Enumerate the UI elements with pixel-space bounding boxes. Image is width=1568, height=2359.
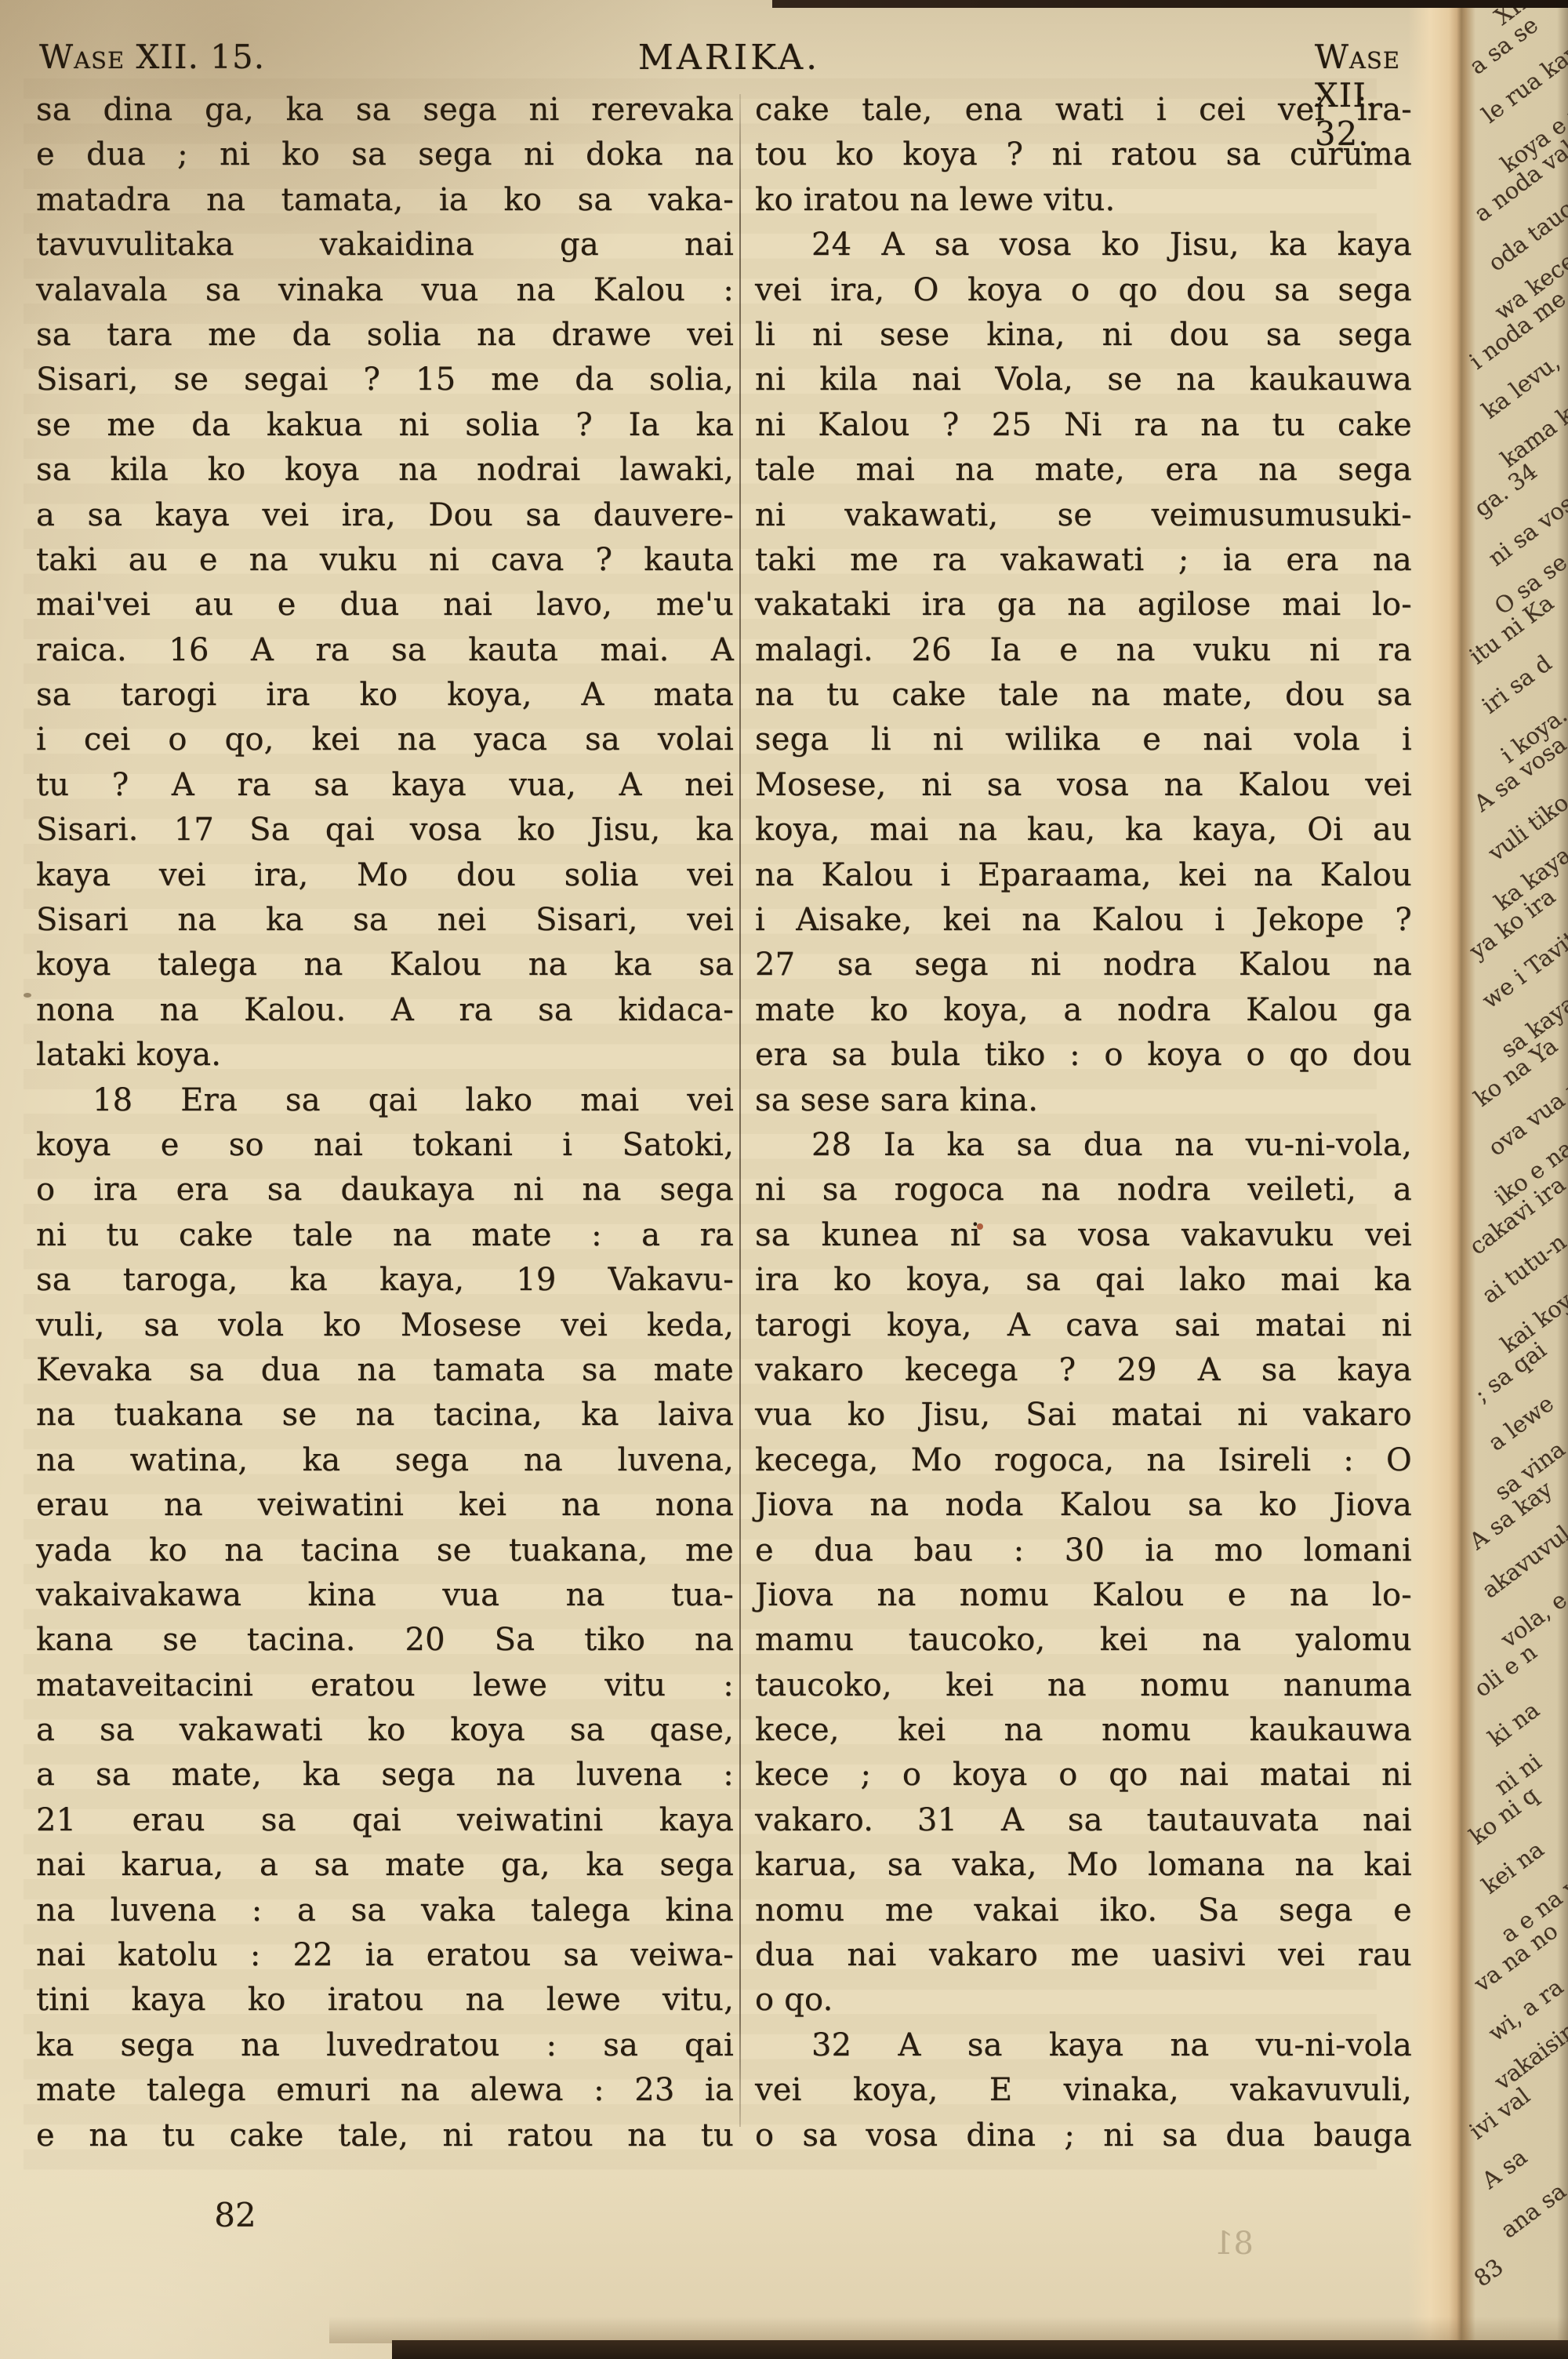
- text-line: nai karua, a sa mate ga, ka sega: [36, 1843, 734, 1888]
- text-line: yada ko na tacina se tuakana, me: [36, 1528, 734, 1573]
- text-line: valavala sa vinaka vua na Kalou :: [36, 268, 734, 313]
- text-line: ni sa rogoca na nodra veileti, a: [755, 1168, 1412, 1212]
- text-line: karua, sa vaka, Mo lomana na kai: [755, 1843, 1412, 1888]
- text-line: ni Kalou ? 25 Ni ra na tu cake: [755, 403, 1412, 448]
- text-line: a sa mate, ka sega na luvena :: [36, 1753, 734, 1797]
- text-line: sa tarogi ira ko koya, A mata: [36, 673, 734, 718]
- text-line: nai katolu : 22 ia eratou sa veiwa-: [36, 1933, 734, 1978]
- text-line: taki au e na vuku ni cava ? kauta: [36, 538, 734, 583]
- text-line: mamu taucoko, kei na yalomu: [755, 1618, 1412, 1663]
- text-line: ko iratou na lewe vitu.: [755, 178, 1412, 223]
- text-line: ni vakawati, se veimusumusuki-: [755, 493, 1412, 538]
- text-line: sa kunea ni sa vosa vakavuku vei: [755, 1213, 1412, 1258]
- text-line: sa tara me da solia na drawe vei: [36, 313, 734, 358]
- text-line: mataveitacini eratou lewe vitu :: [36, 1663, 734, 1708]
- text-line: sa taroga, ka kaya, 19 Vakavu-: [36, 1258, 734, 1303]
- text-line: tarogi koya, A cava sai matai ni: [755, 1303, 1412, 1348]
- show-through-page-number: 81: [1214, 2226, 1254, 2262]
- text-line: raica. 16 A ra sa kauta mai. A: [36, 628, 734, 673]
- text-line: sega li ni wilika e nai vola i: [755, 718, 1412, 762]
- text-line: cake tale, ena wati i cei vei ira-: [755, 88, 1412, 133]
- page-number: 82: [214, 2196, 256, 2234]
- paper-speck: [977, 1223, 983, 1230]
- fore-edge-text-fragment: ga. 34: [1469, 458, 1542, 522]
- text-line: a sa vakawati ko koya sa qase,: [36, 1708, 734, 1753]
- text-line: e na tu cake tale, ni ratou na tu: [36, 2114, 734, 2158]
- text-line: na luvena : a sa vaka talega kina: [36, 1888, 734, 1933]
- text-line: vei ira, O koya o qo dou sa sega: [755, 268, 1412, 313]
- fore-edge: XII. 33.a sa sele rua kayakoya e na loa …: [1408, 0, 1568, 2359]
- text-line: mate talega emuri na alewa : 23 ia: [36, 2068, 734, 2113]
- text-line: kece ; o koya o qo nai matai ni: [755, 1753, 1412, 1797]
- text-line: na Kalou i Eparaama, kei na Kalou: [755, 853, 1412, 898]
- fore-edge-text-fragment: A sa: [1477, 2143, 1532, 2194]
- running-head-title: MARIKA.: [638, 38, 820, 78]
- text-line: tou ko koya ? ni ratou sa curuma: [755, 133, 1412, 177]
- text-line: sa dina ga, ka sa sega ni rerevaka: [36, 88, 734, 133]
- text-line: ka sega na luvedratou : sa qai: [36, 2023, 734, 2068]
- text-line: Sisari na ka sa nei Sisari, vei: [36, 898, 734, 943]
- text-line: i cei o qo, kei na yaca sa volai: [36, 718, 734, 762]
- book-photo: Wase XII. 15. MARIKA. Wase XII. 32. sa d…: [0, 0, 1568, 2359]
- photo-bottom-edge: [392, 2340, 1568, 2359]
- text-line: na watina, ka sega na luvena,: [36, 1438, 734, 1483]
- text-line: tu ? A ra sa kaya vua, A nei: [36, 763, 734, 808]
- text-line: vuli, sa vola ko Mosese vei keda,: [36, 1303, 734, 1348]
- text-line: vakataki ira ga na agilose mai lo-: [755, 583, 1412, 627]
- text-line: a sa kaya vei ira, Dou sa dauvere-: [36, 493, 734, 538]
- text-line: kecega, Mo rogoca, na Isireli : O: [755, 1438, 1412, 1483]
- left-column: sa dina ga, ka sa sega ni rerevakae dua …: [36, 88, 734, 2158]
- adjacent-page-edge: XII. 33.a sa sele rua kayakoya e na loa …: [1465, 0, 1568, 2359]
- text-line: Jiova na noda Kalou sa ko Jiova: [755, 1483, 1412, 1528]
- text-line: vakaro kecega ? 29 A sa kaya: [755, 1348, 1412, 1393]
- text-line: kece, kei na nomu kaukauwa: [755, 1708, 1412, 1753]
- text-line: nona na Kalou. A ra sa kidaca-: [36, 988, 734, 1033]
- text-line: Sisari, se segai ? 15 me da solia,: [36, 358, 734, 402]
- text-line: mai'vei au e dua nai lavo, me'u: [36, 583, 734, 627]
- text-line: lataki koya.: [36, 1033, 734, 1078]
- text-line: vakaro. 31 A sa tautauvata nai: [755, 1798, 1412, 1843]
- fore-edge-text-fragment: ki na: [1483, 1696, 1544, 1752]
- text-line: 32 A sa kaya na vu-ni-vola: [755, 2023, 1412, 2068]
- text-line: Kevaka sa dua na tamata sa mate: [36, 1348, 734, 1393]
- text-line: 18 Era sa qai lako mai vei: [36, 1078, 734, 1123]
- text-line: tavuvulitaka vakaidina ga nai: [36, 223, 734, 267]
- text-line: malagi. 26 Ia e na vuku ni ra: [755, 628, 1412, 673]
- text-line: Sisari. 17 Sa qai vosa ko Jisu, ka: [36, 808, 734, 852]
- text-line: e dua bau : 30 ia mo lomani: [755, 1528, 1412, 1573]
- text-line: 21 erau sa qai veiwatini kaya: [36, 1798, 734, 1843]
- fore-edge-text-fragment: oli e n: [1469, 1638, 1542, 1702]
- text-line: 27 sa sega ni nodra Kalou na: [755, 943, 1412, 987]
- text-line: sa sese sara kina.: [755, 1078, 1412, 1123]
- photo-top-edge: [772, 0, 1568, 8]
- text-line: koya talega na Kalou na ka sa: [36, 943, 734, 987]
- text-line: era sa bula tiko : o koya o qo dou: [755, 1033, 1412, 1078]
- text-line: se me da kakua ni solia ? Ia ka: [36, 403, 734, 448]
- text-line: mate ko koya, a nodra Kalou ga: [755, 988, 1412, 1033]
- text-line: li ni sese kina, ni dou sa sega: [755, 313, 1412, 358]
- text-line: i Aisake, kei na Kalou i Jekope ?: [755, 898, 1412, 943]
- text-line: sa kila ko koya na nodrai lawaki,: [36, 448, 734, 493]
- text-line: 28 Ia ka sa dua na vu-ni-vola,: [755, 1123, 1412, 1168]
- text-line: vakaivakawa kina vua na tua-: [36, 1573, 734, 1618]
- text-line: Jiova na nomu Kalou e na lo-: [755, 1573, 1412, 1618]
- text-line: taki me ra vakawati ; ia era na: [755, 538, 1412, 583]
- text-line: o sa vosa dina ; ni sa dua bauga: [755, 2114, 1412, 2158]
- text-line: 24 A sa vosa ko Jisu, ka kaya: [755, 223, 1412, 267]
- text-line: vei koya, E vinaka, vakavuvuli,: [755, 2068, 1412, 2113]
- fore-edge-text-fragment: kei na: [1477, 1835, 1549, 1899]
- text-line: dua nai vakaro me uasivi vei rau: [755, 1933, 1412, 1978]
- text-line: erau na veiwatini kei na nona: [36, 1483, 734, 1528]
- fore-edge-text-fragment: vola, e: [1496, 1587, 1568, 1653]
- text-line: e dua ; ni ko sa sega ni doka na: [36, 133, 734, 177]
- text-line: tale mai na mate, era na sega: [755, 448, 1412, 493]
- text-line: vua ko Jisu, Sai matai ni vakaro: [755, 1393, 1412, 1438]
- text-line: koya, mai na kau, ka kaya, Oi au: [755, 808, 1412, 852]
- text-line: ni kila nai Vola, se na kaukauwa: [755, 358, 1412, 402]
- book-page: Wase XII. 15. MARIKA. Wase XII. 32. sa d…: [0, 0, 1471, 2359]
- text-line: Mosese, ni sa vosa na Kalou vei: [755, 763, 1412, 808]
- text-line: kaya vei ira, Mo dou solia vei: [36, 853, 734, 898]
- fore-edge-text-fragment: ivi val: [1465, 2082, 1535, 2145]
- right-column: cake tale, ena wati i cei vei ira-tou ko…: [755, 88, 1412, 2158]
- paper-speck: [24, 993, 31, 998]
- text-line: na tu cake tale na mate, dou sa: [755, 673, 1412, 718]
- text-line: o qo.: [755, 1978, 1412, 2023]
- running-head-left: Wase XII. 15.: [39, 38, 265, 76]
- fore-edge-text-fragment: 83: [1469, 2253, 1508, 2292]
- text-line: koya e so nai tokani i Satoki,: [36, 1123, 734, 1168]
- text-line: matadra na tamata, ia ko sa vaka-: [36, 178, 734, 223]
- text-line: ni tu cake tale na mate : a ra: [36, 1213, 734, 1258]
- text-line: taucoko, kei na nomu nanuma: [755, 1663, 1412, 1708]
- text-line: na tuakana se na tacina, ka laiva: [36, 1393, 734, 1438]
- text-line: ira ko koya, sa qai lako mai ka: [755, 1258, 1412, 1303]
- text-line: tini kaya ko iratou na lewe vitu,: [36, 1978, 734, 2023]
- text-line: nomu me vakai iko. Sa sega e: [755, 1888, 1412, 1933]
- page-bottom-shadow: [329, 2317, 1568, 2343]
- text-line: o ira era sa daukaya ni na sega: [36, 1168, 734, 1212]
- text-line: kana se tacina. 20 Sa tiko na: [36, 1618, 734, 1663]
- column-divider-rule: [739, 94, 741, 2127]
